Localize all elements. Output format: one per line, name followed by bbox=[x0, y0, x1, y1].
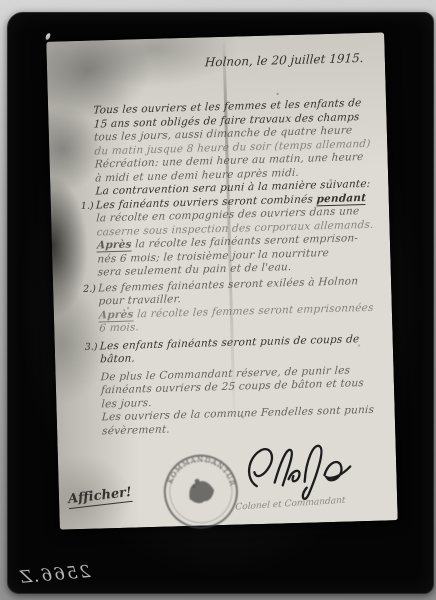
light-speck bbox=[45, 32, 52, 40]
stamp-graphic: KOMMANDANTUR bbox=[150, 441, 252, 543]
afficher-note: Afficher! bbox=[67, 485, 133, 509]
underlined-word: pendant bbox=[316, 191, 366, 205]
plate-number-mirrored: 2566.Z bbox=[17, 562, 91, 588]
item-number: 2.) bbox=[83, 283, 96, 294]
photo-scan: { "colors": { "ink": "#34322e", "paper":… bbox=[0, 0, 436, 600]
item-number: 1.) bbox=[81, 200, 94, 211]
stamp-eagle-icon bbox=[185, 478, 216, 506]
underlined-word: Après bbox=[99, 308, 134, 322]
list-item-3: 3.) Les enfants fainéants seront punis d… bbox=[100, 332, 386, 367]
dateline: Holnon, le 20 juillet 1915. bbox=[204, 51, 364, 69]
official-stamp-icon: KOMMANDANTUR bbox=[150, 441, 252, 543]
item-number: 3.) bbox=[85, 341, 98, 352]
closing-paragraph: De plus le Commandant réserve, de punir … bbox=[100, 363, 387, 438]
document-body: Tous les ouvriers et les femmes et les e… bbox=[93, 97, 387, 439]
photo-plate: Holnon, le 20 juillet 1915. Tous les ouv… bbox=[7, 12, 434, 594]
signature-flourish bbox=[239, 433, 371, 507]
signature-graphic bbox=[239, 433, 371, 507]
list-item-2: 2.) Les femmes fainéantes seront exilées… bbox=[98, 274, 384, 336]
document-paper: Holnon, le 20 juillet 1915. Tous les ouv… bbox=[46, 32, 397, 529]
underlined-word: Après bbox=[97, 238, 132, 252]
list-item-1: 1.) Les fainéants ouvriers seront combin… bbox=[96, 191, 383, 280]
